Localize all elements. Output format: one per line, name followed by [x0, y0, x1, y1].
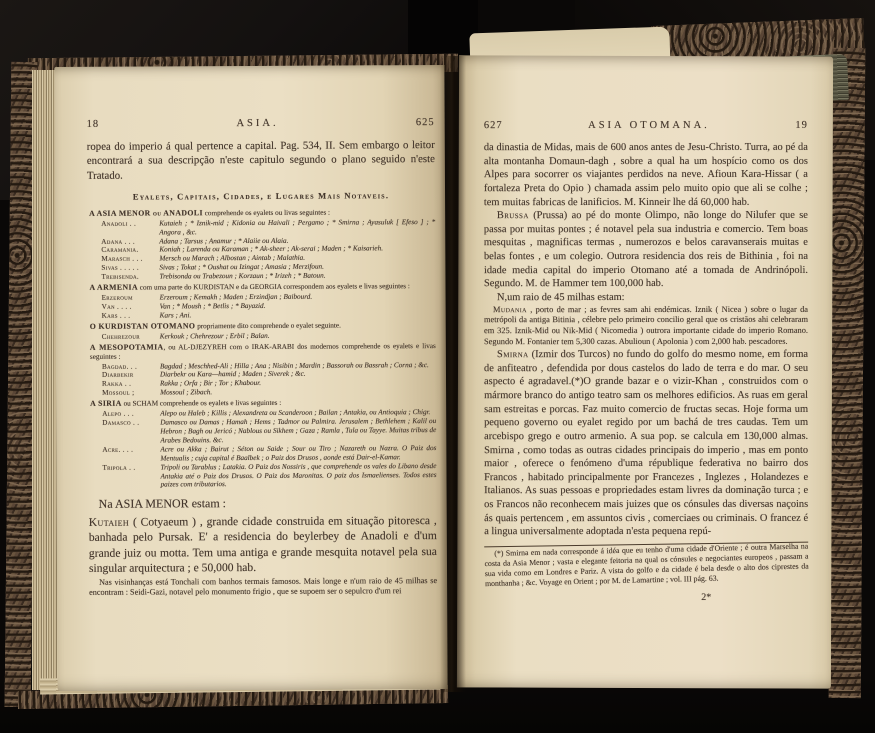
right-column-number: 627	[484, 120, 503, 131]
left-page: 18 ASIA. 625 ropea do imperio á qual per…	[54, 65, 447, 691]
table-row: Damasco . .Damasco ou Damas ; Hamah ; He…	[88, 417, 436, 446]
gutter-shadow	[440, 56, 466, 692]
right-page-header: 627 ASIA OTOMANA. 19	[484, 120, 808, 131]
row-text: Alepo ou Haleb ; Killis ; Alexandreta ou…	[160, 408, 430, 417]
kutaieh-paragraph: Kutaieh ( Cotyaeum ) , grande cidade con…	[89, 513, 437, 575]
row-label: Erzeroum	[102, 294, 160, 303]
row-label: Acre. . . .	[102, 445, 160, 454]
gazetteer-section: O KURDISTAN OTOMANO propriamente dito co…	[90, 320, 436, 332]
right-page: 627 ASIA OTOMANA. 19 da dinastia de Mida…	[457, 55, 833, 688]
subheading-rest: estam :	[189, 497, 226, 511]
gazetteer-table: A ASIA MENOR ou ANADOLI comprehende os e…	[87, 207, 436, 490]
row-text: Sivas ; Tokat ; * Oushat ou Izingat ; Am…	[159, 263, 324, 272]
row-text: Mersch ou Marach ; Albostan ; Aintab ; M…	[159, 254, 305, 263]
row-text: Rakka ; Orfa ; Bir ; Tor ; Khabour.	[160, 379, 261, 388]
paragraph-rest: ( Cotyaeum ) , grande cidade construida …	[89, 514, 437, 574]
left-running-title: ASIA.	[236, 118, 278, 129]
row-text: Koniah ; Larenda ou Karaman ; * Ak-sheer…	[159, 245, 383, 254]
vicinity-paragraph: Nas visinhanças está Tonchali com banhos…	[89, 576, 437, 599]
row-text: Mossoul ; Zibach.	[160, 388, 212, 396]
row-text: Diarbekr ou Kara—hamid ; Maden ; Siverek…	[160, 370, 306, 379]
row-text: Kutaieh ; * Iznik-mid ; Kidonia ou Haiva…	[159, 218, 435, 236]
row-text: Bagdad ; Meschhed-Ali ; Hilla ; Ana ; Ni…	[160, 361, 429, 370]
row-text: Acre ou Akka ; Bairut ; Séton ou Saide ;…	[160, 444, 436, 462]
brussa-paragraph: Brussa (Prussa) ao pé do monte Olimpo, n…	[484, 209, 808, 291]
paragraph-rest: (Prussa) ao pé do monte Olimpo, não long…	[484, 210, 808, 289]
row-label: Kars . . .	[102, 311, 160, 320]
row-label: Tripola . .	[102, 463, 160, 472]
row-label: Alepo . . .	[102, 410, 160, 419]
row-text: Kars ; Ani.	[160, 311, 192, 319]
paragraph-lead: Smirna	[497, 349, 529, 360]
section-rest: comprehende os eyalets ou livas seguinte…	[203, 208, 330, 217]
row-label: Damasco . .	[102, 419, 160, 428]
right-page-text-block: 627 ASIA OTOMANA. 19 da dinastia de Mida…	[484, 120, 808, 603]
radius-line: N,um raio de 45 milhas estam:	[484, 291, 808, 305]
table-row: Kars . . .Kars ; Ani.	[88, 310, 436, 321]
paragraph-rest: , porto de mar ; as fevres sam ahi endém…	[484, 304, 808, 346]
right-page-number: 19	[795, 120, 808, 131]
row-label: Trebisenda.	[101, 273, 159, 282]
section-rest: com uma parte do KURDISTAN e da GEORGIA …	[138, 282, 410, 291]
right-running-title: ASIA OTOMANA.	[588, 120, 710, 131]
paragraph-lead: Kutaieh	[89, 516, 129, 529]
row-label: Mossoul ;	[102, 389, 160, 398]
paragraph-continuation: da dinastia de Midas, mais de 600 anos a…	[484, 141, 808, 209]
row-label: Anadoli . .	[101, 219, 159, 228]
gazetteer-section: A ASIA MENOR ou ANADOLI comprehende os e…	[89, 207, 435, 219]
gazetteer-section: A MESOPOTAMIA, ou AL-DJEZYREH com o IRAK…	[90, 341, 436, 362]
paragraph-lead: Mudania	[493, 305, 527, 314]
section-lead: A MESOPOTAMIA	[90, 342, 164, 351]
intro-paragraph: ropea do imperio á qual pertence a capit…	[87, 138, 435, 183]
left-page-number: 18	[87, 119, 100, 130]
section-lead: O KURDISTAN OTOMANO	[90, 321, 196, 331]
asia-menor-subheading: Na ASIA MENOR estam :	[99, 495, 437, 512]
row-text: Tripoli ou Tarablus ; Latakia. O Paiz do…	[160, 462, 436, 489]
gazetteer-section: A SIRIA ou SCHAM comprehende os eyalets …	[90, 397, 436, 409]
left-column-number: 625	[416, 117, 435, 128]
row-text: Erzeroum ; Kemakh ; Maden ; Erzindjan ; …	[160, 293, 313, 302]
table-row: Mossoul ;Mossoul ; Zibach.	[88, 387, 436, 398]
row-text: Damasco ou Damas ; Hamah ; Hems ; Tadmor…	[160, 417, 436, 444]
footnote: (*) Smirna em nada corresponde á idéa qu…	[484, 541, 809, 588]
row-text: Van ; * Moush ; * Betlis ; * Bayazid.	[160, 302, 266, 311]
section-rest: ou SCHAM comprehende os eyalets e livas …	[122, 399, 282, 408]
paragraph-rest: (Izmir dos Turcos) no fundo do golfo do …	[484, 349, 808, 537]
table-row: Tripola . .Tripoli ou Tarablus ; Latakia…	[88, 462, 436, 491]
section-rest: propriamente dito comprehende o eyalet s…	[195, 321, 341, 330]
row-text: Kerkouk ; Chehrezour ; Erbil ; Balan.	[160, 332, 270, 341]
row-text: Adana ; Tarsus ; Anamur ; * Alaiie ou Al…	[159, 236, 288, 245]
marbled-cover-right	[829, 48, 866, 698]
smirna-paragraph: Smirna (Izmir dos Turcos) no fundo do go…	[484, 348, 808, 539]
left-page-header: 18 ASIA. 625	[87, 117, 435, 130]
section-lead: A SIRIA	[90, 399, 122, 408]
table-row: Trebisenda.Trebisonda ou Trabezoun ; Kor…	[87, 271, 435, 282]
section-lead: A ARMENIA	[90, 283, 138, 292]
row-label: Chehrezour	[102, 332, 160, 341]
paragraph-lead: Brussa	[497, 210, 529, 221]
mudania-paragraph: Mudania , porto de mar ; as fevres sam a…	[484, 304, 808, 348]
subheading-lead: Na ASIA MENOR	[99, 497, 189, 511]
row-label: Sivas . . . . .	[101, 264, 159, 273]
section-lead: A ASIA MENOR ou ANADOLI	[89, 208, 203, 218]
table-row: ChehrezourKerkouk ; Chehrezour ; Erbil ;…	[88, 331, 436, 342]
row-label: Van . . . .	[102, 302, 160, 311]
left-page-text-block: 18 ASIA. 625 ropea do imperio á qual per…	[87, 117, 438, 599]
table-row: Acre. . . .Acre ou Akka ; Bairut ; Séton…	[88, 444, 436, 464]
gazetteer-heading: Eyalets, Capitais, Cidades, e Lugares Ma…	[87, 190, 435, 202]
row-text: Trebisonda ou Trabezoun ; Korzaun ; * Ir…	[159, 272, 325, 281]
book-photo: 18 ASIA. 625 ropea do imperio á qual per…	[0, 0, 875, 733]
table-row: Anadoli . .Kutaieh ; * Iznik-mid ; Kidon…	[87, 218, 435, 238]
gazetteer-section: A ARMENIA com uma parte do KURDISTAN e d…	[90, 281, 436, 293]
signature-mark: 2*	[484, 591, 808, 602]
